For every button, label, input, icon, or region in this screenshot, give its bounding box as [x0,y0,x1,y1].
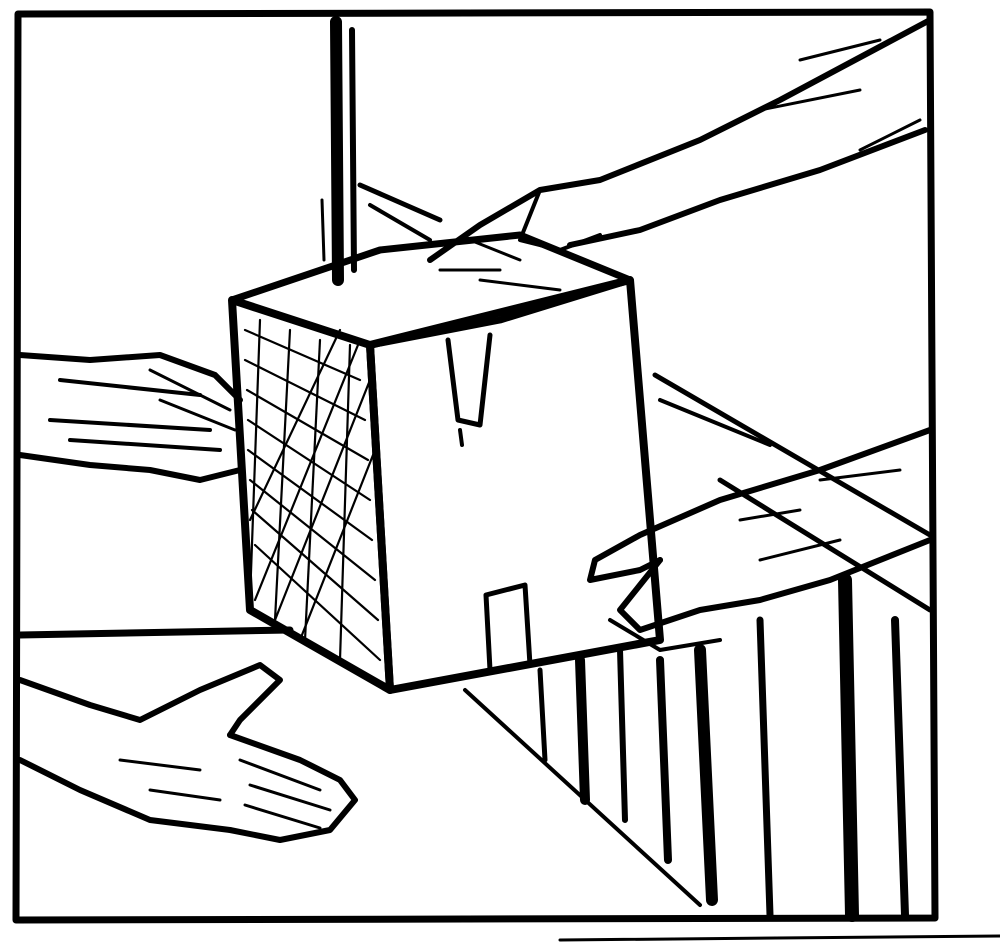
box [232,235,660,690]
hand-left [20,355,240,480]
ink-sketch [0,0,1000,949]
hand-top-right [430,20,930,290]
railing [540,480,930,915]
post [322,22,354,280]
hand-bottom-left [20,665,355,840]
